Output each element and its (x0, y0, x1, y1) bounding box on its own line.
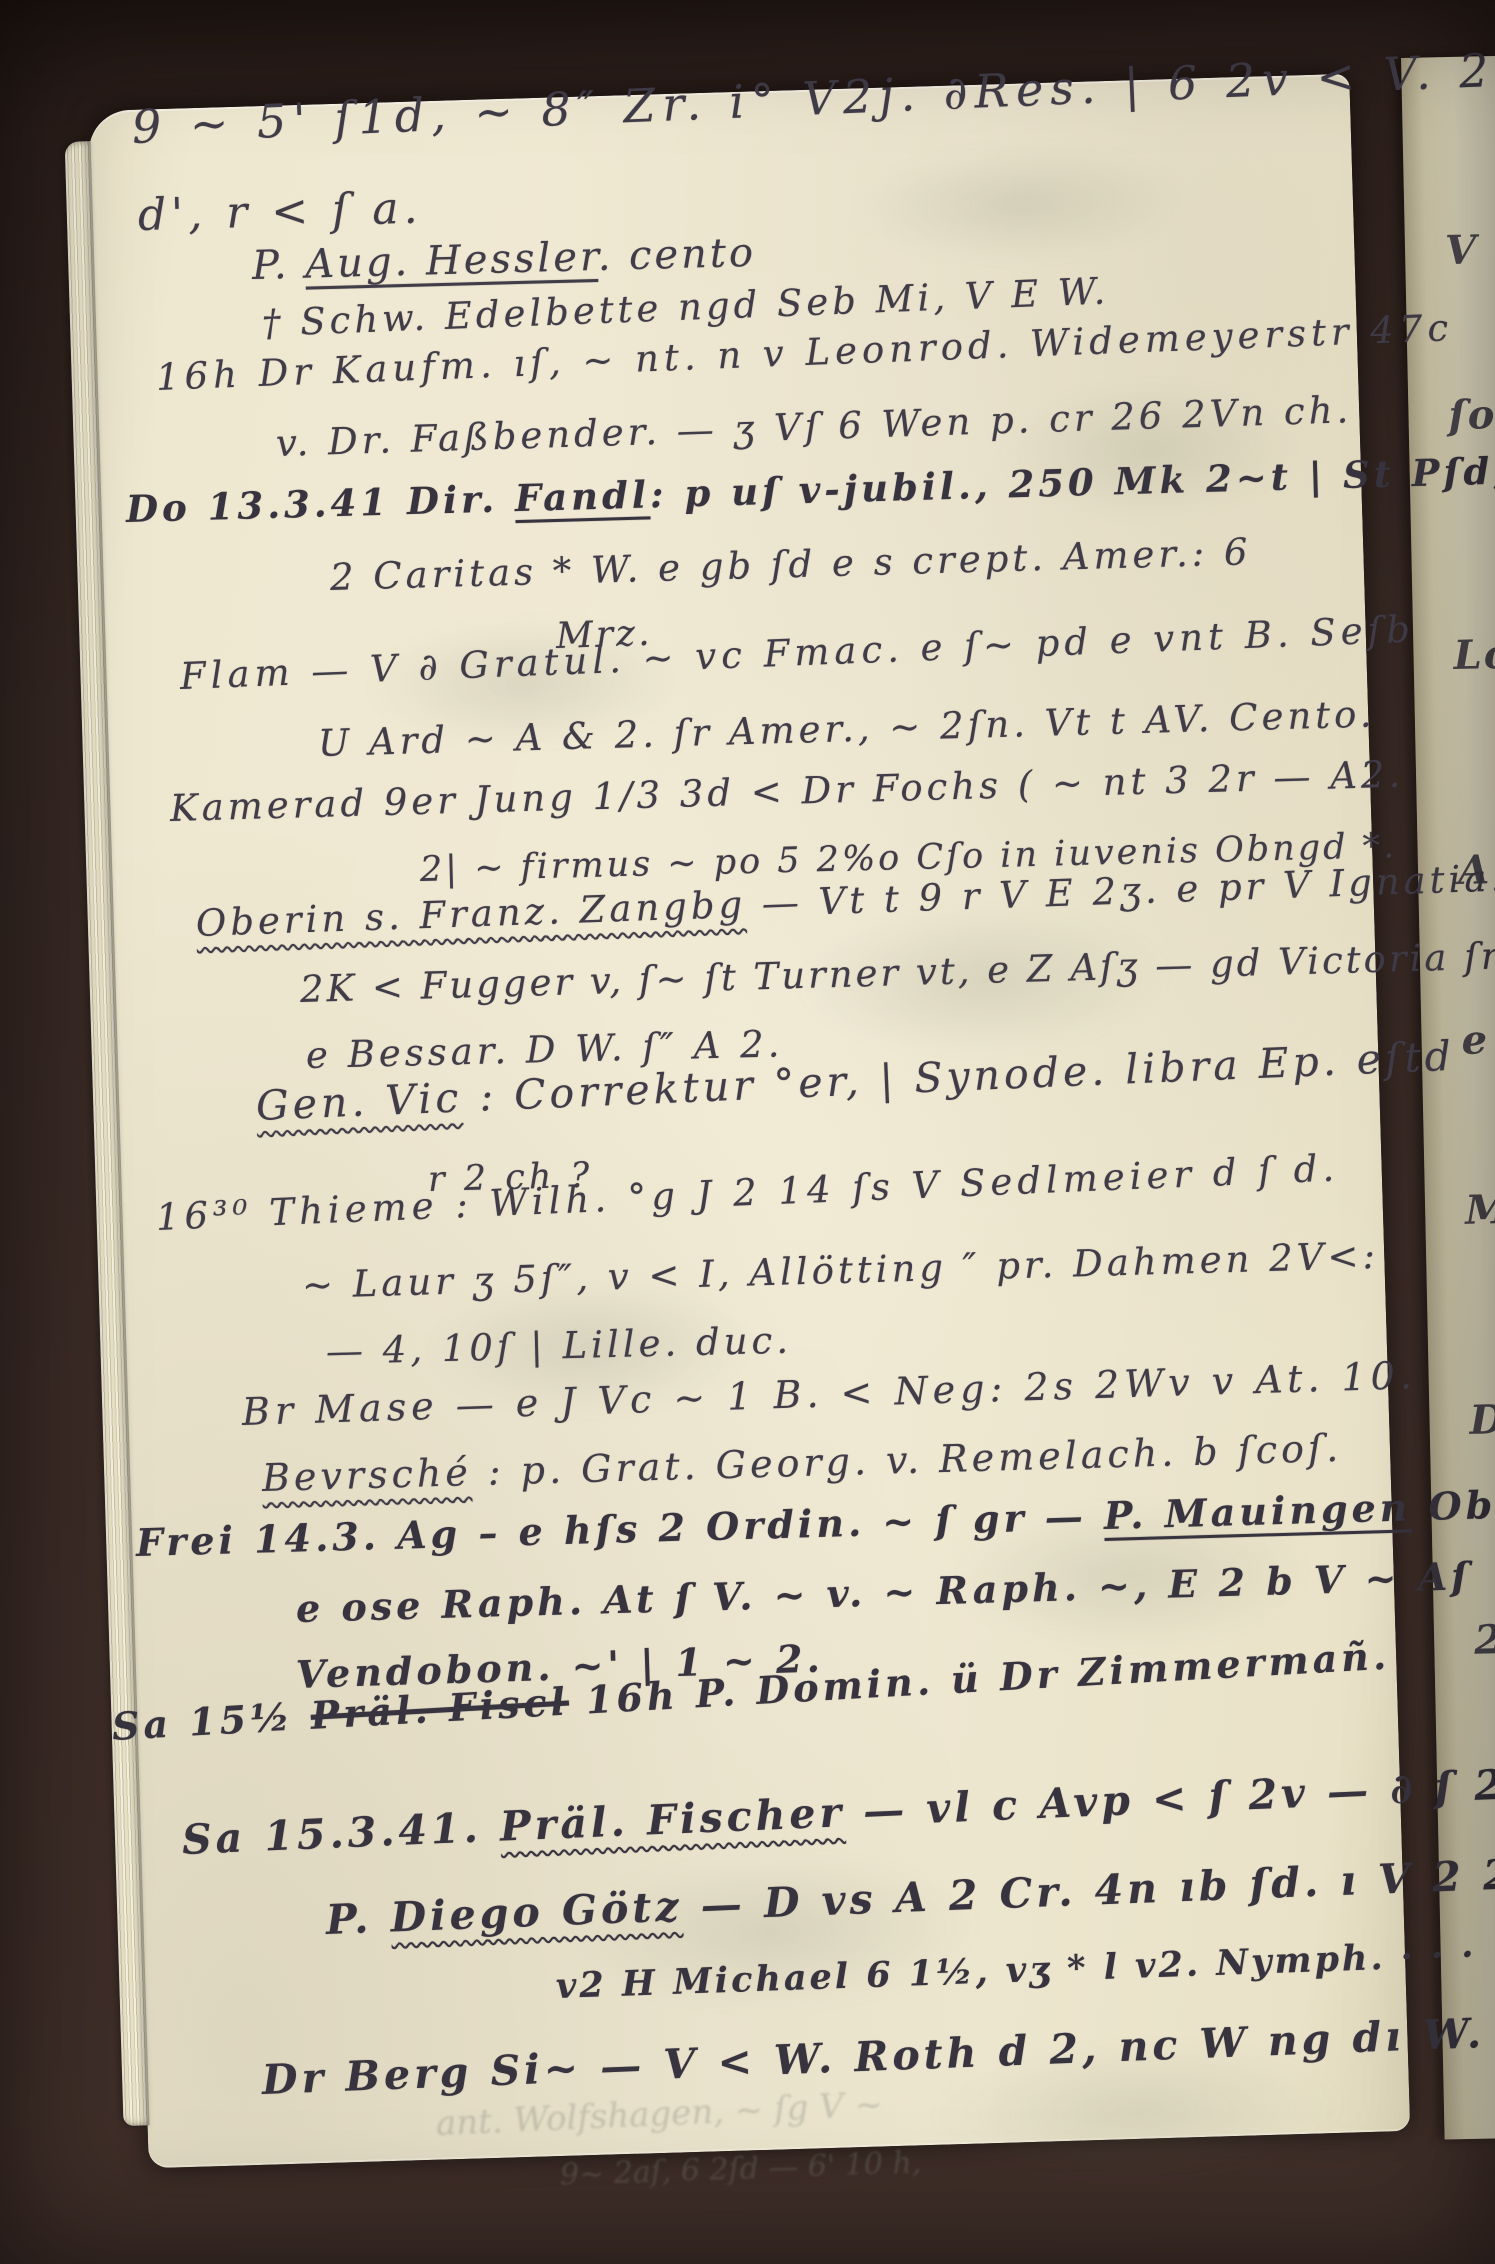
underlined-text: P. Mauingen (1103, 1484, 1412, 1538)
handwriting-text: — D vs A 2 Cr. 4n ıb ſd. ı V 2 2: (682, 1850, 1495, 1931)
handwriting-line: 16³⁰ Thieme : Wilh. °g J 2 14 ſs V Sedlm… (155, 1146, 1340, 1239)
handwriting-text: 16³⁰ Thieme : Wilh. °g J 2 14 ſs V Sedlm… (155, 1146, 1340, 1239)
handwriting-text: v2 H Michael 6 1½, vʒ * l v2. Nymph. · ·… (555, 1934, 1477, 2007)
handwriting-line: Flam — V ∂ Gratul. ~ vc Fmac. e ſ~ pd e … (179, 608, 1415, 698)
handwriting-text: Sa 15.3.41. (181, 1803, 501, 1864)
handwriting-text: Frei 14.3. Ag – e hſs 2 Ordin. ~ ſ gr — (135, 1493, 1104, 1565)
handwriting-text: Kamerad 9er Jung 1/3 3d < Dr Fochs ( ~ n… (169, 753, 1404, 830)
underlined-text: Fandl (514, 472, 650, 520)
handwriting-line: ~ Laur ʒ 5ſ″, v < I, Allötting ″ pr. Dah… (301, 1234, 1379, 1307)
handwriting-line: Kamerad 9er Jung 1/3 3d < Dr Fochs ( ~ n… (169, 753, 1404, 830)
handwriting-line: — 4, 10ſ | Lille. duc. (325, 1319, 792, 1373)
handwriting-text: 9 ~ 5' ſ1d, ~ 8″ Zr. i° V2j. ∂Res. | 6 2… (131, 41, 1495, 154)
handwriting-layer: 9 ~ 5' ſ1d, ~ 8″ Zr. i° V2j. ∂Res. | 6 2… (0, 0, 1495, 2264)
handwriting-text: U Ard ~ A & 2. ſr Amer., ~ 2ſn. Vt t AV.… (317, 692, 1376, 765)
handwriting-text: — vl c Avp < ſ 2v — ∂ ſ 2V. (844, 1759, 1495, 1837)
underlined-text: Präl. Fischer (499, 1788, 846, 1850)
handwriting-line: Sa 15.3.41. Präl. Fischer — vl c Avp < ſ… (181, 1759, 1495, 1864)
handwriting-text: d', r < ſ a. (137, 183, 423, 241)
handwriting-line: v2 H Michael 6 1½, vʒ * l v2. Nymph. · ·… (555, 1934, 1477, 2007)
handwriting-text: : p. Grat. Georg. v. Remelach. b ſcoſ. (471, 1426, 1343, 1494)
handwriting-text: v. Dr. Faßbender. — ʒ Vſ 6 Wen p. cr 26 … (275, 388, 1353, 465)
handwriting-line: d', r < ſ a. (137, 183, 423, 241)
handwriting-line: Bevrsché : p. Grat. Georg. v. Remelach. … (261, 1426, 1342, 1500)
handwriting-text: 2 Caritas * W. e gb ſd e s crept. Amer.:… (329, 530, 1252, 599)
handwriting-text: Flam — V ∂ Gratul. ~ vc Fmac. e ſ~ pd e … (179, 608, 1415, 698)
underlined-text: Bevrsché (261, 1450, 472, 1500)
handwriting-line: P. Aug. Hessler. cento (251, 230, 756, 289)
handwriting-line: 9 ~ 5' ſ1d, ~ 8″ Zr. i° V2j. ∂Res. | 6 2… (131, 41, 1495, 154)
handwriting-text: Obl. (1411, 1481, 1495, 1529)
underlined-text: Oberin s. Franz. Zangbg (195, 883, 747, 945)
handwriting-line: e ose Raph. At ſ V. ~ v. ~ Raph. ~, E 2 … (295, 1553, 1472, 1631)
underlined-text: Gen. Vic (255, 1073, 463, 1130)
handwriting-text: P. (251, 242, 305, 289)
bleed-through-ghost-text: 9~ 2aſ, 6 2ſd — 6' 10 h, (559, 2145, 921, 2193)
handwriting-text: e ose Raph. At ſ V. ~ v. ~ Raph. ~, E 2 … (295, 1553, 1472, 1631)
underlined-text: Aug. Hessler (305, 234, 599, 288)
handwriting-line: P. Diego Götz — D vs A 2 Cr. 4n ıb ſd. ı… (325, 1850, 1495, 1944)
notebook-photo: VſoLoAeMD2 9 ~ 5' ſ1d, ~ 8″ Zr. i° V2j. … (0, 0, 1495, 2264)
handwriting-line: 2 Caritas * W. e gb ſd e s crept. Amer.:… (329, 530, 1252, 599)
underlined-text: Diego Götz (390, 1882, 684, 1941)
handwriting-line: v. Dr. Faßbender. — ʒ Vſ 6 Wen p. cr 26 … (275, 388, 1353, 465)
handwriting-text: . cento (597, 230, 757, 280)
handwriting-text: 2K < Fugger v, ſ~ ſt Turner vt, e Z Aſʒ … (299, 934, 1495, 1011)
handwriting-text: P. (325, 1894, 391, 1944)
handwriting-text: Do 13.3.41 Dir. (125, 476, 515, 531)
handwriting-line: 2K < Fugger v, ſ~ ſt Turner vt, e Z Aſʒ … (299, 934, 1495, 1011)
handwriting-text: — 4, 10ſ | Lille. duc. (325, 1319, 792, 1373)
handwriting-line: U Ard ~ A & 2. ſr Amer., ~ 2ſn. Vt t AV.… (317, 692, 1376, 765)
handwriting-text: Sa 15½ (111, 1693, 312, 1749)
handwriting-text: : p uſ v-jubil., 250 Mk 2~t | St Pſd, (649, 448, 1495, 516)
handwriting-text: ~ Laur ʒ 5ſ″, v < I, Allötting ″ pr. Dah… (301, 1234, 1379, 1307)
